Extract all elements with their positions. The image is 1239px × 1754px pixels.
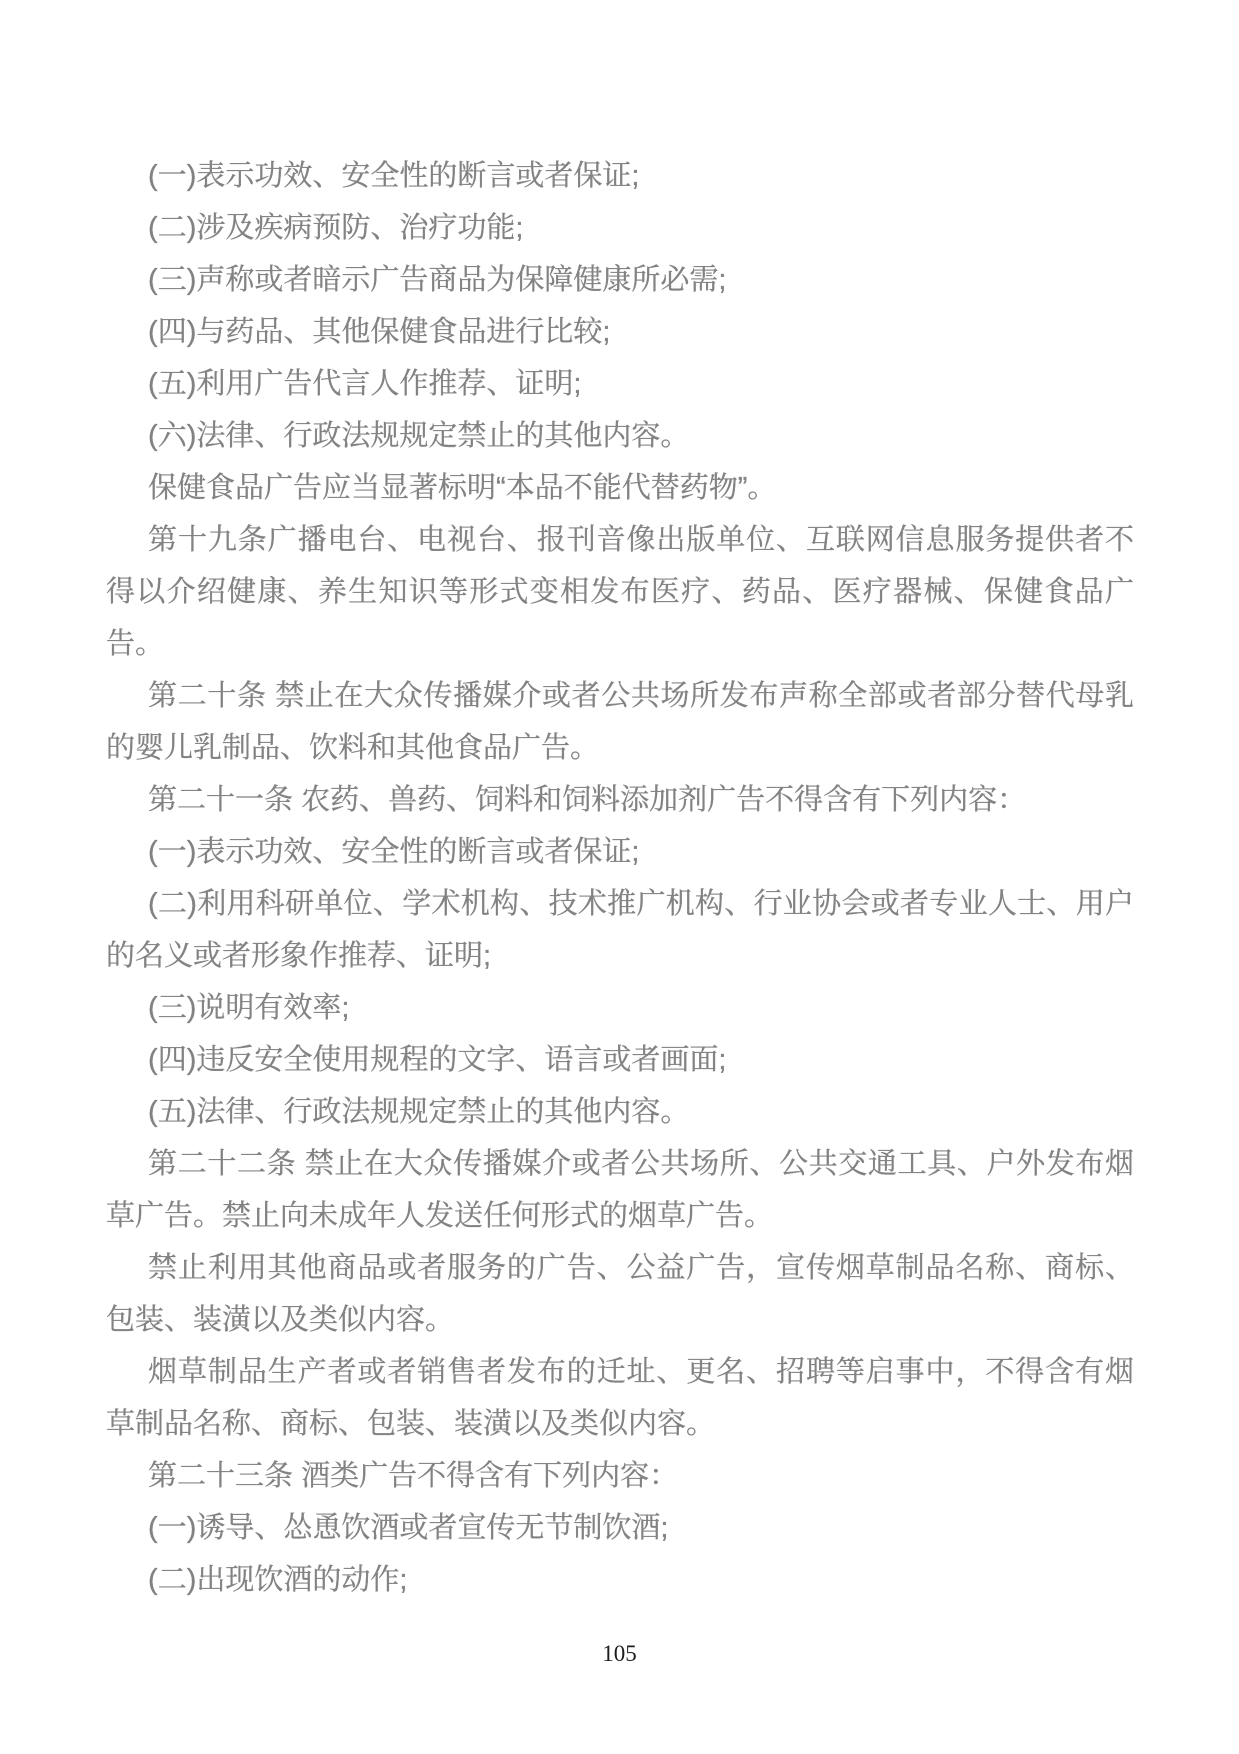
doc-paragraph: (三)声称或者暗示广告商品为保障健康所必需;: [106, 254, 1134, 306]
doc-paragraph-article-19: 第十九条广播电台、电视台、报刊音像出版单位、互联网信息服务提供者不得以介绍健康、…: [106, 514, 1134, 670]
page-number: 105: [0, 1640, 1239, 1668]
doc-paragraph: (二)利用科研单位、学术机构、技术推广机构、行业协会或者专业人士、用户的名义或者…: [106, 878, 1134, 982]
doc-paragraph-article-22: 第二十二条 禁止在大众传播媒介或者公共场所、公共交通工具、户外发布烟草广告。禁止…: [106, 1138, 1134, 1242]
document-page: (一)表示功效、安全性的断言或者保证; (二)涉及疾病预防、治疗功能; (三)声…: [106, 150, 1134, 1606]
doc-paragraph: (一)表示功效、安全性的断言或者保证;: [106, 150, 1134, 202]
doc-paragraph: (一)表示功效、安全性的断言或者保证;: [106, 826, 1134, 878]
doc-paragraph: 烟草制品生产者或者销售者发布的迁址、更名、招聘等启事中，不得含有烟草制品名称、商…: [106, 1346, 1134, 1450]
doc-paragraph: (二)涉及疾病预防、治疗功能;: [106, 202, 1134, 254]
doc-paragraph-article-21: 第二十一条 农药、兽药、饲料和饲料添加剂广告不得含有下列内容：: [106, 774, 1134, 826]
doc-paragraph: 保健食品广告应当显著标明“本品不能代替药物”。: [106, 462, 1134, 514]
doc-paragraph: 禁止利用其他商品或者服务的广告、公益广告，宣传烟草制品名称、商标、包装、装潢以及…: [106, 1242, 1134, 1346]
doc-paragraph: (四)与药品、其他保健食品进行比较;: [106, 306, 1134, 358]
doc-paragraph: (五)利用广告代言人作推荐、证明;: [106, 358, 1134, 410]
doc-paragraph: (四)违反安全使用规程的文字、语言或者画面;: [106, 1034, 1134, 1086]
doc-paragraph: (六)法律、行政法规规定禁止的其他内容。: [106, 410, 1134, 462]
doc-paragraph: (一)诱导、怂恿饮酒或者宣传无节制饮酒;: [106, 1502, 1134, 1554]
doc-paragraph-article-20: 第二十条 禁止在大众传播媒介或者公共场所发布声称全部或者部分替代母乳的婴儿乳制品…: [106, 670, 1134, 774]
doc-paragraph: (五)法律、行政法规规定禁止的其他内容。: [106, 1086, 1134, 1138]
doc-paragraph-article-23: 第二十三条 酒类广告不得含有下列内容：: [106, 1450, 1134, 1502]
doc-paragraph: (二)出现饮酒的动作;: [106, 1554, 1134, 1606]
doc-paragraph: (三)说明有效率;: [106, 982, 1134, 1034]
